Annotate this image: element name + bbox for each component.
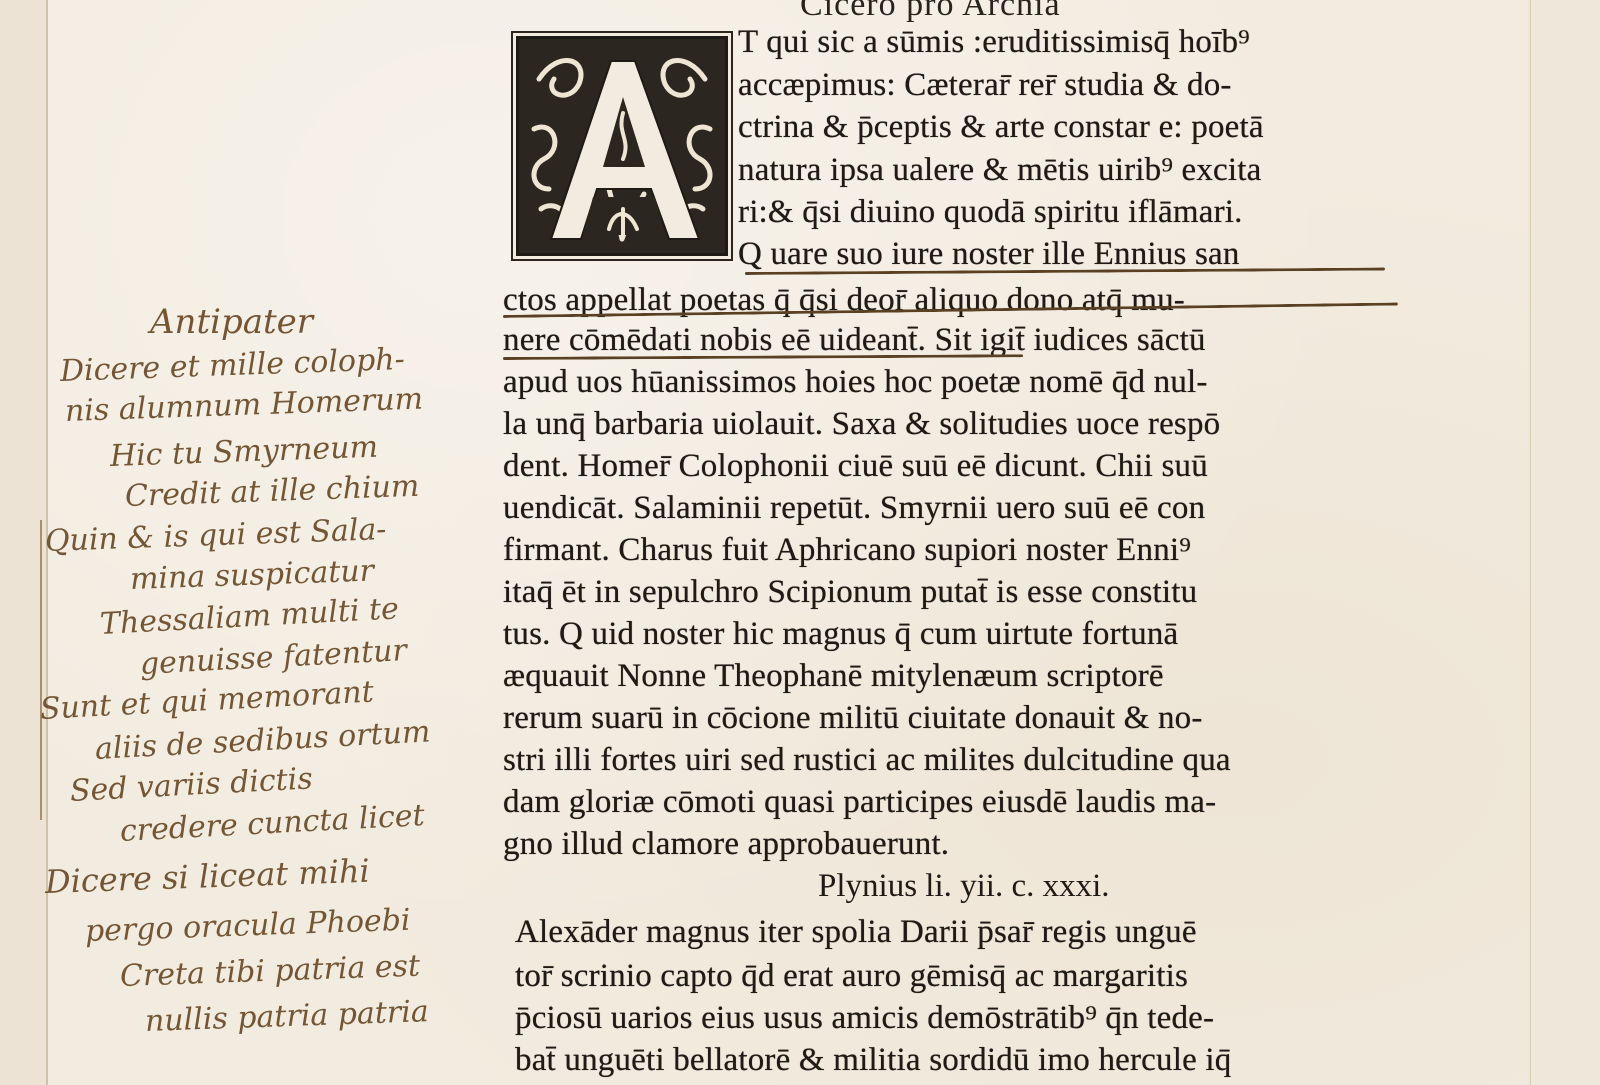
running-head: Cicero pro Archia bbox=[800, 0, 1061, 24]
margin-ink-stroke bbox=[40, 520, 42, 820]
marginalia-line: Antipater bbox=[150, 305, 313, 339]
right-page-edge bbox=[1530, 0, 1600, 1085]
woodcut-initial-a-icon bbox=[516, 36, 728, 256]
